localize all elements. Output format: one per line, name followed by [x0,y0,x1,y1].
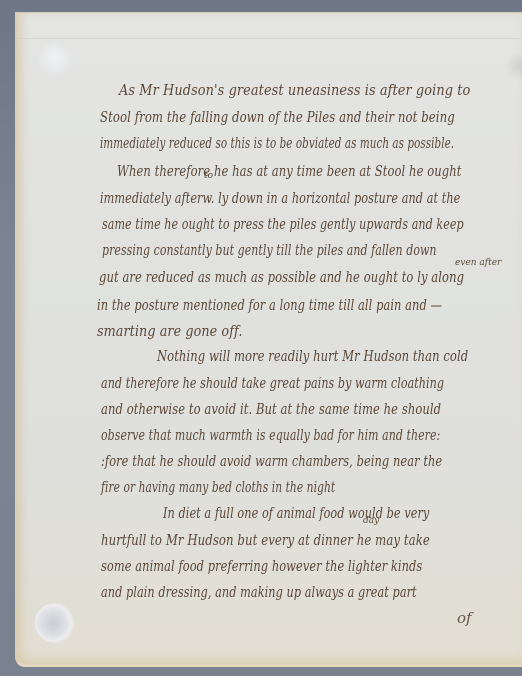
interlinear-insertion: to [204,171,213,181]
text-line: Nothing will more readily hurt Mr Hudson… [157,347,468,365]
text-line: same time he ought to press the piles ge… [102,215,464,233]
text-line: some animal food preferring however the … [101,557,422,575]
text-line: fire or having many bed cloths in the ni… [101,478,335,496]
text-line: and otherwise to avoid it. But at the sa… [101,400,441,418]
interlinear-insertion: day [363,516,379,526]
text-line: When therefore he has at any time been a… [117,162,461,180]
text-line: Stool from the falling down of the Piles… [100,108,455,126]
text-line: immediately afterw. ly down in a horizon… [100,189,460,207]
text-line: immediately reduced so this is to be obv… [100,134,454,152]
text-line: In diet a full one of animal food would … [163,504,429,522]
text-line: As Mr Hudson's greatest uneasiness is af… [119,81,470,99]
text-line: observe that much warmth is equally bad … [101,426,440,444]
text-line: gut are reduced as much as possible and … [99,268,464,286]
text-line: pressing constantly but gently till the … [102,241,437,259]
catchword: of [457,609,472,627]
text-line: and therefore he should take great pains… [101,374,444,392]
handwritten-text: As Mr Hudson's greatest uneasiness is af… [17,13,522,664]
text-line: :fore that he should avoid warm chambers… [101,452,442,470]
text-line: and plain dressing, and making up always… [101,583,417,601]
text-line: smarting are gone off. [97,322,242,340]
interlinear-insertion: even after [455,258,501,268]
text-line: in the posture mentioned for a long time… [97,296,442,314]
text-line: hurtfull to Mr Hudson but every at dinne… [101,531,430,549]
manuscript-page: As Mr Hudson's greatest uneasiness is af… [15,12,522,667]
